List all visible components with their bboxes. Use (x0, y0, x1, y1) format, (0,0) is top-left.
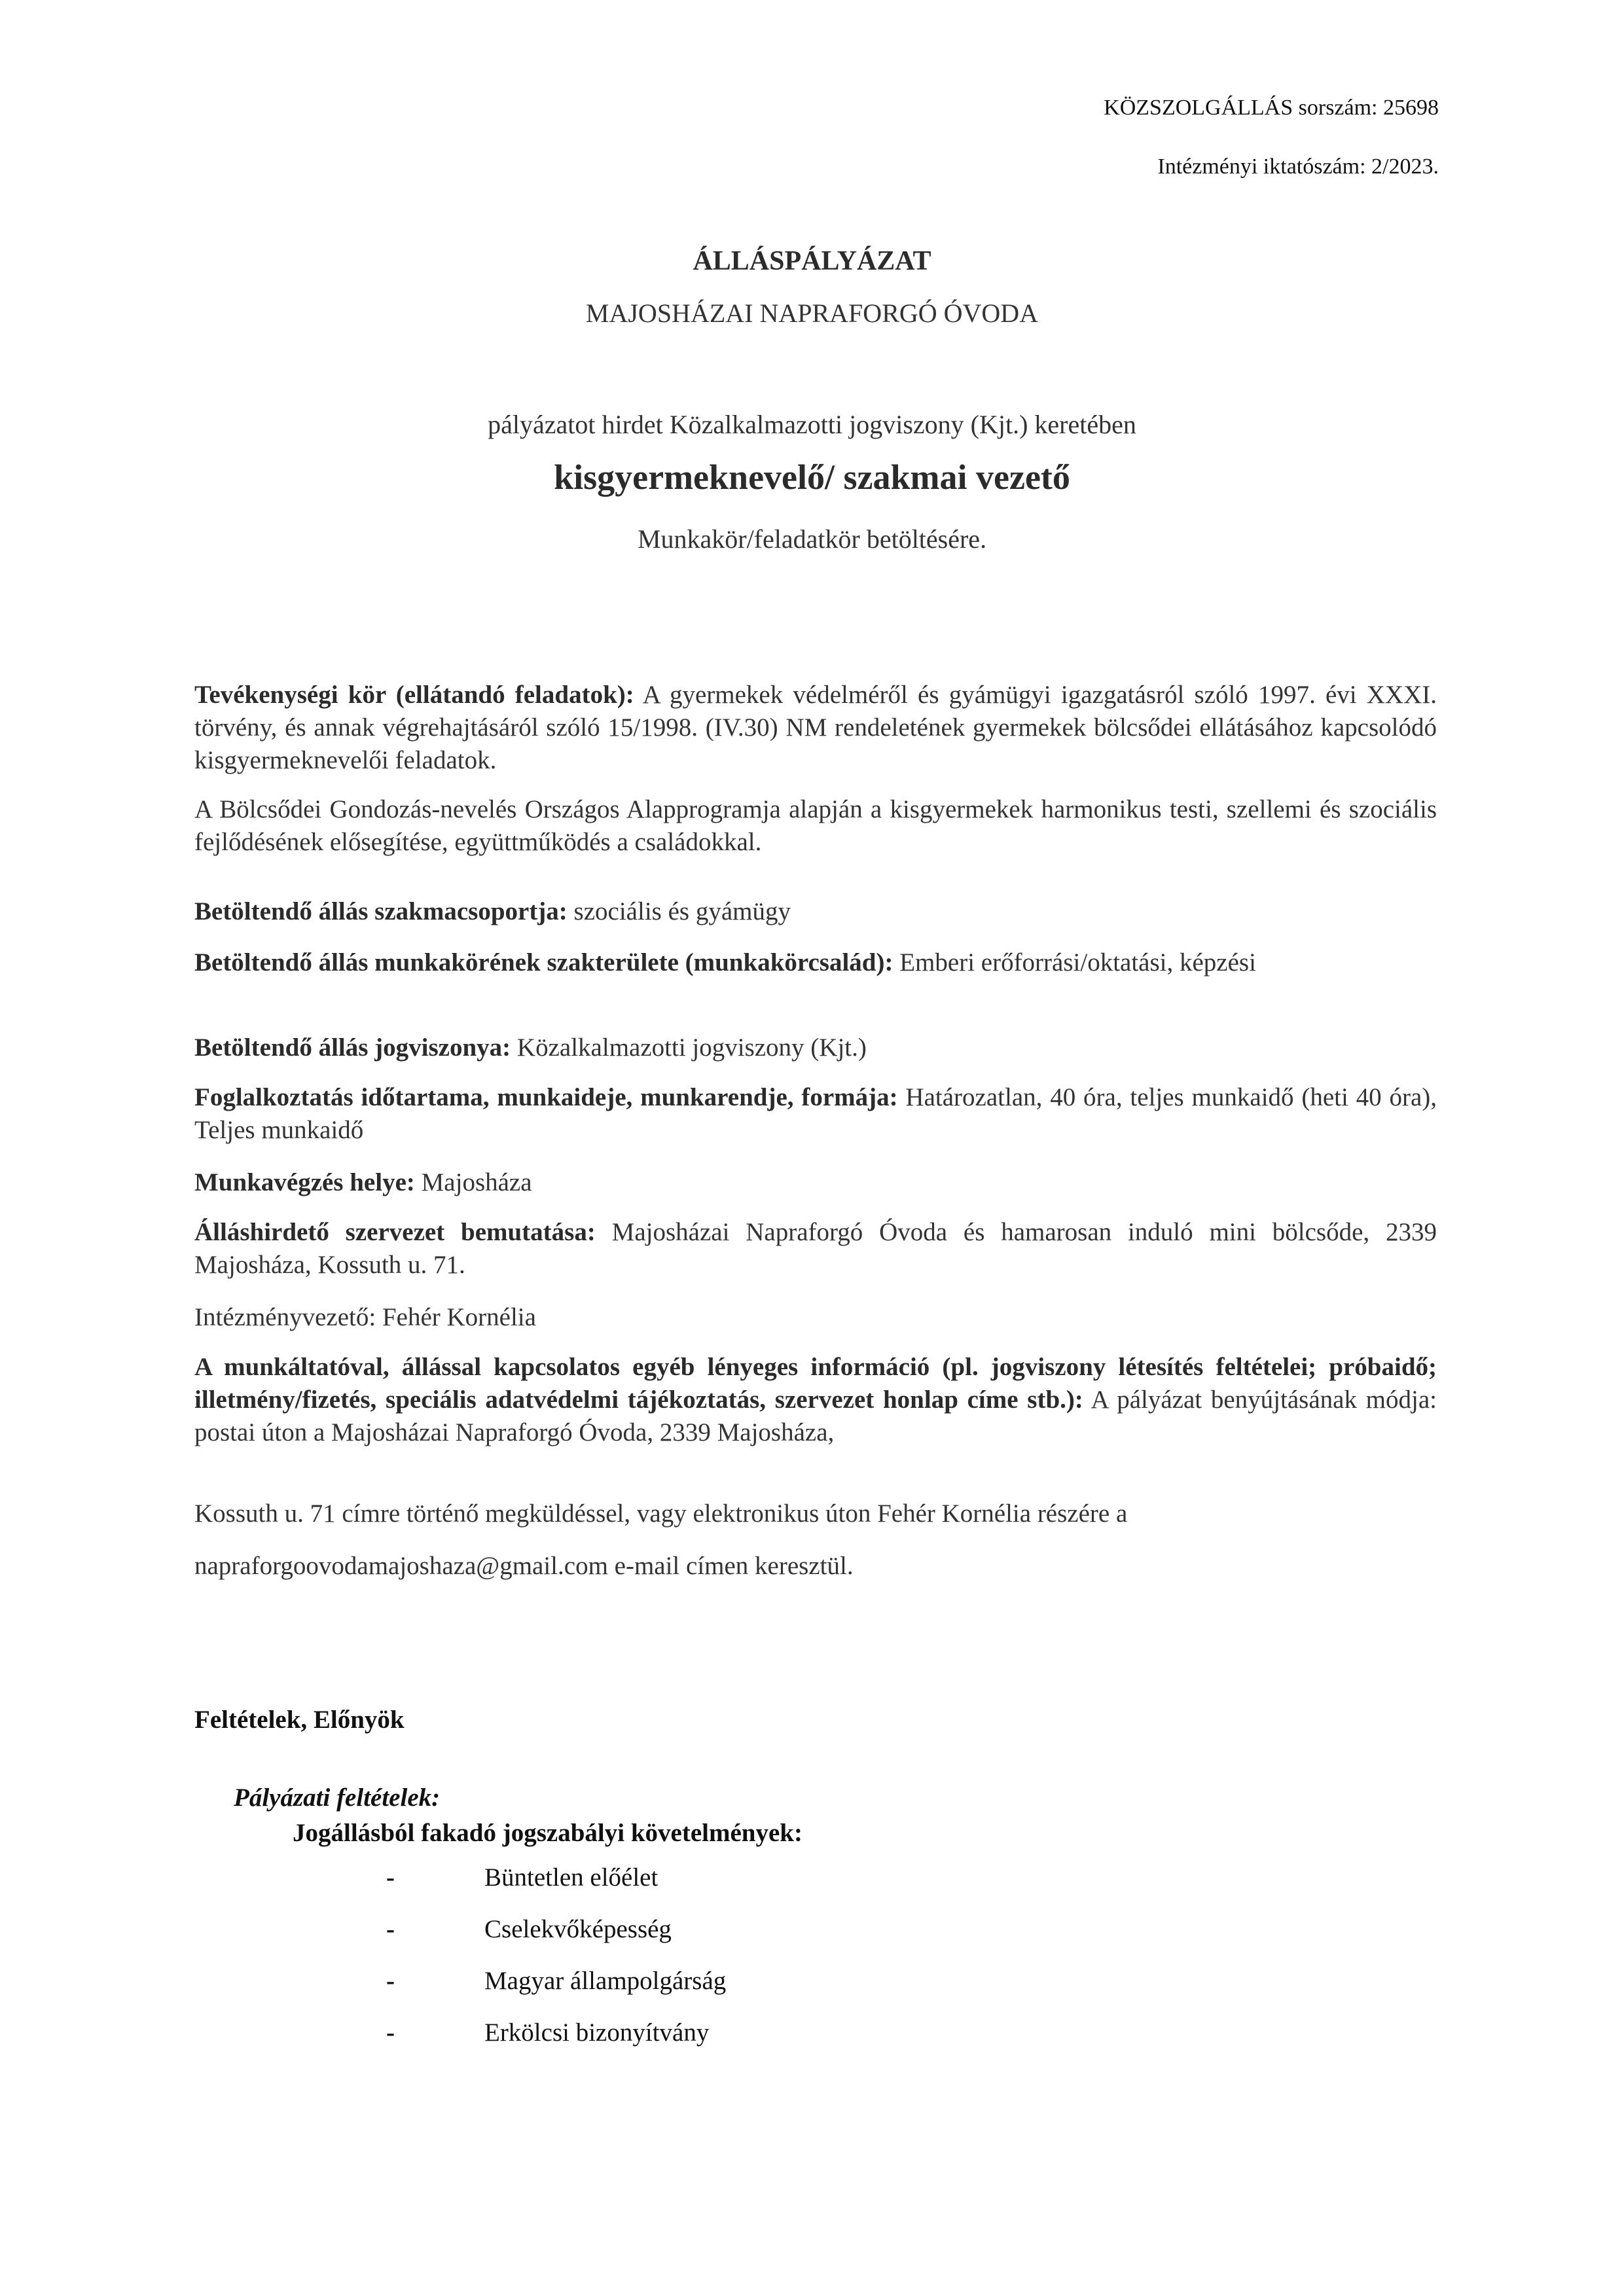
section-field: Betöltendő állás munkakörének szakterüle… (194, 946, 1437, 979)
position-subtitle: Munkakör/feladatkör betöltésére. (0, 524, 1624, 554)
application-conditions-heading: Pályázati feltételek: (234, 1783, 440, 1812)
bullet-dash: - (386, 2018, 395, 2047)
filing-number: Intézményi iktatószám: 2/2023. (1157, 154, 1439, 179)
section-label: Álláshirdető szervezet bemutatása: (194, 1218, 596, 1246)
section-professional-group: Betöltendő állás szakmacsoportja: szociá… (194, 895, 1437, 928)
section-workplace: Munkavégzés helye: Majosháza (194, 1166, 1437, 1199)
section-text: Intézményvezető: Fehér Kornélia (194, 1303, 536, 1331)
requirement-text: Erkölcsi bizonyítvány (484, 2018, 709, 2047)
section-text: napraforgoovodamajoshaza@gmail.com e-mai… (194, 1552, 854, 1580)
bullet-dash: - (386, 1966, 395, 1996)
announcement-line: pályázatot hirdet Közalkalmazotti jogvis… (0, 409, 1624, 440)
document-page: KÖZSZOLGÁLLÁS sorszám: 25698 Intézményi … (0, 0, 1624, 2296)
section-text: szociális és gyámügy (568, 897, 791, 925)
requirement-text: Cselekvőképesség (484, 1914, 672, 1944)
requirement-text: Büntetlen előélet (484, 1863, 658, 1892)
serial-number: KÖZSZOLGÁLLÁS sorszám: 25698 (1104, 96, 1439, 120)
bullet-dash: - (386, 1863, 395, 1892)
section-text: A Bölcsődei Gondozás-nevelés Országos Al… (194, 795, 1437, 856)
section-text: Majosháza (415, 1168, 532, 1196)
bullet-dash: - (386, 1914, 395, 1944)
document-title: ÁLLÁSPÁLYÁZAT (0, 245, 1624, 277)
section-text: Közalkalmazotti jogviszony (Kjt.) (511, 1033, 867, 1062)
section-label: Betöltendő állás jogviszonya: (194, 1033, 511, 1062)
section-director: Intézményvezető: Fehér Kornélia (194, 1301, 1437, 1334)
section-activity: Tevékenységi kör (ellátandó feladatok): … (194, 679, 1437, 777)
section-working-time: Foglalkoztatás időtartama, munkaideje, m… (194, 1081, 1437, 1147)
section-employment-type: Betöltendő állás jogviszonya: Közalkalma… (194, 1031, 1437, 1064)
conditions-heading: Feltételek, Előnyök (194, 1705, 405, 1734)
section-email-line: napraforgoovodamajoshaza@gmail.com e-mai… (194, 1550, 1437, 1583)
section-text: Kossuth u. 71 címre történő megküldéssel… (194, 1499, 1127, 1528)
section-address-line: Kossuth u. 71 címre történő megküldéssel… (194, 1498, 1437, 1530)
organization-name: MAJOSHÁZAI NAPRAFORGÓ ÓVODA (0, 298, 1624, 329)
section-label: Betöltendő állás munkakörének szakterüle… (194, 948, 893, 977)
section-organization: Álláshirdető szervezet bemutatása: Majos… (194, 1216, 1437, 1282)
section-program: A Bölcsődei Gondozás-nevelés Országos Al… (194, 793, 1437, 859)
section-label: Foglalkoztatás időtartama, munkaideje, m… (194, 1083, 898, 1111)
position-title: kisgyermeknevelő/ szakmai vezető (0, 457, 1624, 497)
section-label: Munkavégzés helye: (194, 1168, 415, 1196)
section-label: Betöltendő állás szakmacsoportja: (194, 897, 568, 925)
requirement-text: Magyar állampolgárság (484, 1966, 726, 1996)
section-text: Emberi erőforrási/oktatási, képzési (893, 948, 1255, 977)
section-label: Tevékenységi kör (ellátandó feladatok): (194, 681, 634, 709)
section-other-info: A munkáltatóval, állással kapcsolatos eg… (194, 1351, 1437, 1449)
legal-requirements-heading: Jogállásból fakadó jogszabályi követelmé… (293, 1818, 803, 1848)
